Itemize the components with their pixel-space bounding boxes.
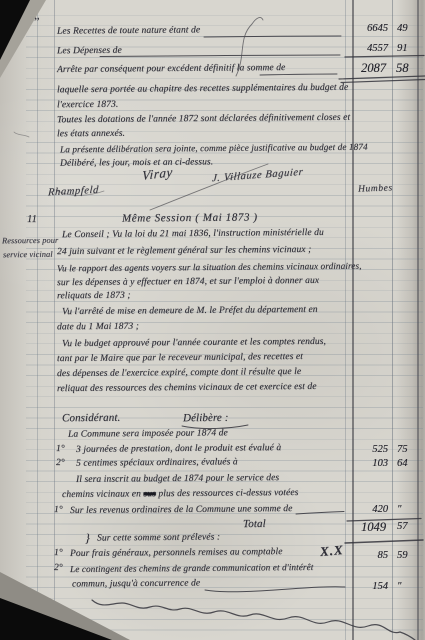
amount-centimes: 75 <box>397 444 421 455</box>
ink-strokes-overlay <box>0 0 425 640</box>
amount-centimes: 91 <box>397 43 421 54</box>
delibere-label: Délibère : <box>183 412 229 424</box>
amount-centimes: 64 <box>397 458 421 469</box>
amount-centimes: 49 <box>397 23 421 34</box>
strike-post: plus des ressources ci-dessus votées <box>156 488 299 499</box>
amount-centimes: ″ <box>397 581 421 592</box>
manuscript-line: Pour frais généraux, personnels remises … <box>70 547 283 559</box>
manuscript-line: date du 1 Mai 1873 ; <box>57 322 139 333</box>
manuscript-line: tant par le Maire que par le receveur mu… <box>57 352 303 364</box>
ruled-line-vertical <box>345 0 346 640</box>
manuscript-line: Délibéré, les jour, mois et an ci-dessus… <box>60 157 213 168</box>
manuscript-line: les états annexés. <box>57 129 125 140</box>
manuscript-line: Les Dépenses de <box>57 46 122 57</box>
manuscript-line: des dépenses de l'exercice expiré, compt… <box>57 367 301 379</box>
item-number: 1° <box>54 548 63 558</box>
amount-francs: 4557 <box>346 43 388 54</box>
amount-francs: 103 <box>346 458 388 469</box>
manuscript-line: La présente délibération sera jointe, co… <box>60 142 368 155</box>
strike-pre: chemins vicinaux en <box>62 489 143 500</box>
ruled-line-vertical <box>37 0 38 640</box>
signature: Rhampfeld <box>48 185 99 199</box>
amount-centimes: ″ <box>397 504 421 515</box>
manuscript-line: Sur les revenus ordinaires de la Commune… <box>70 504 293 516</box>
margin-note: Ressources pour <box>2 236 58 245</box>
item-number: 2° <box>54 563 63 573</box>
manuscript-line: 24 juin suivant et le règlement général … <box>57 245 311 257</box>
signature: Humbes <box>358 183 393 194</box>
manuscript-line: reliquat des ressources des chemins vici… <box>57 382 317 394</box>
margin-note: service vicinal <box>3 250 53 259</box>
manuscript-line: Arrête par conséquent pour excédent défi… <box>57 63 285 75</box>
margin-mark: ’’ <box>33 16 39 28</box>
total-underline <box>345 540 423 543</box>
margin-session-number: 11 <box>27 214 37 225</box>
manuscript-line: 3 journées de prestation, dont le produi… <box>76 443 281 455</box>
closing-squiggle <box>92 600 415 640</box>
manuscript-line: Il sera inscrit au budget de 1874 pour l… <box>76 473 279 485</box>
item-number: 1° <box>54 505 63 515</box>
amount-centimes: 57 <box>397 521 421 532</box>
amount-centimes: 58 <box>396 61 420 76</box>
manuscript-line: commun, jusqu'à concurrence de <box>72 578 200 589</box>
amount-francs: 85 <box>346 550 388 561</box>
filler-line <box>100 55 340 57</box>
session-heading: Même Session ( Mai 1873 ) <box>122 211 258 224</box>
amount-francs: 420 <box>346 504 388 515</box>
signature: J. Villauze Baguier <box>212 167 304 184</box>
manuscript-register-page: ’’ 11 Ressources pour service vicinal Le… <box>0 0 425 640</box>
item-number: 1° <box>56 444 65 454</box>
considerant-label: Considérant. <box>62 412 120 425</box>
manuscript-line: Le Conseil ; Vu la loi du 21 mai 1836, l… <box>62 228 324 240</box>
manuscript-line: Vu le rapport des agents voyers sur la s… <box>57 261 362 274</box>
manuscript-line: Sur cette somme sont prélevés : <box>97 532 220 543</box>
manuscript-line: laquelle sera portée au chapitre des rec… <box>57 83 348 96</box>
filler-line <box>260 74 337 75</box>
amount-centimes: 59 <box>397 550 421 561</box>
amount-francs: 2087 <box>344 61 386 76</box>
ruled-line-vertical <box>54 0 55 640</box>
filler-line <box>204 36 341 37</box>
signature: Viray <box>142 164 174 184</box>
amount-francs: 154 <box>346 581 388 592</box>
brace-mark: } <box>85 531 90 546</box>
manuscript-line: 5 centimes spéciaux ordinaires, évalués … <box>76 457 238 468</box>
amount-francs: 6645 <box>346 23 388 34</box>
manuscript-line: l'exercice 1873. <box>57 100 118 111</box>
struck-word: sus <box>143 489 156 499</box>
margin-stray-mark <box>14 132 29 137</box>
manuscript-line: reliquats de 1873 ; <box>57 291 131 302</box>
item-number: 2° <box>56 458 65 468</box>
sum-rule <box>345 56 424 58</box>
amount-francs: 1049 <box>344 520 386 535</box>
manuscript-line: La Commune sera imposée pour 1874 de <box>68 428 228 439</box>
filler-line <box>296 512 344 515</box>
manuscript-line: Toutes les dotations de l'année 1872 son… <box>57 113 350 126</box>
ruled-line-vertical-edge <box>417 0 419 640</box>
manuscript-line: Vu le budget approuvé pour l'année coura… <box>62 337 326 349</box>
ruled-line-vertical-money <box>352 0 354 640</box>
filler-line <box>205 587 345 592</box>
manuscript-line-strike: chemins vicinaux en sus plus des ressour… <box>62 488 299 500</box>
manuscript-line: Le contingent des chemins de grande comm… <box>70 562 313 574</box>
manuscript-line: sur les dépenses à y effectuer en 1874, … <box>57 276 319 288</box>
manuscript-line: Vu l'arrêté de mise en demeure de M. le … <box>62 305 318 317</box>
amount-francs: 525 <box>346 444 388 455</box>
manuscript-line: Les Recettes de toute nature étant de <box>57 25 200 36</box>
xx-mark: X.X <box>319 542 344 560</box>
ruled-line-vertical <box>392 0 393 640</box>
total-label: Total <box>243 518 266 530</box>
